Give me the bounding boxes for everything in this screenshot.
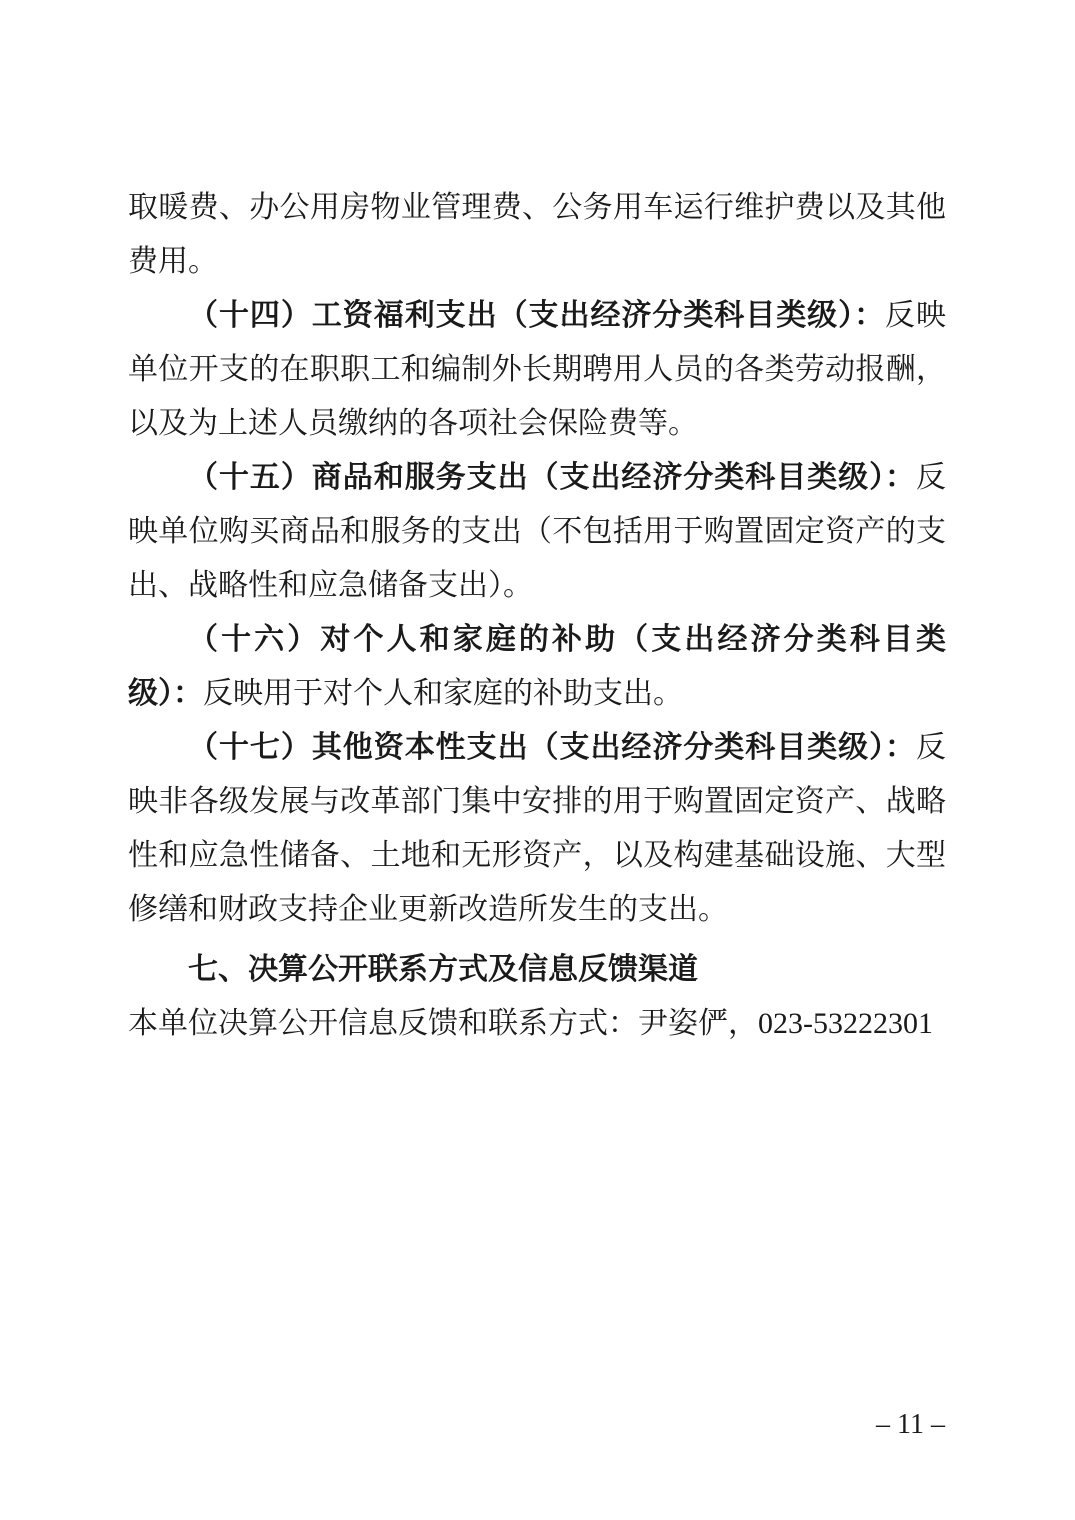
contact-phone: 023-53222301 — [758, 1007, 933, 1040]
text-run: 取暖费、办公用房物业管理费、公务用车运行维护费以及其他费用。 — [128, 191, 946, 278]
contact-separator: ， — [728, 1007, 758, 1040]
bold-text-run: 七、决算公开联系方式及信息反馈渠道 — [188, 953, 698, 986]
document-body: 取暖费、办公用房物业管理费、公务用车运行维护费以及其他费用。（十四）工资福利支出… — [128, 181, 946, 1051]
paragraph: （十六）对个人和家庭的补助（支出经济分类科目类级）：反映用于对个人和家庭的补助支… — [128, 613, 946, 721]
page-number: – 11 – — [876, 1398, 945, 1452]
contact-name: 尹姿俨 — [638, 1007, 728, 1040]
bold-text-run: （十七）其他资本性支出（支出经济分类科目类级）： — [188, 731, 916, 764]
paragraph: 取暖费、办公用房物业管理费、公务用车运行维护费以及其他费用。 — [128, 181, 946, 289]
contact-label: 本单位决算公开信息反馈和联系方式： — [128, 1007, 638, 1040]
paragraph: （十七）其他资本性支出（支出经济分类科目类级）：反映非各级发展与改革部门集中安排… — [128, 721, 946, 937]
text-run: 反映用于对个人和家庭的补助支出。 — [203, 677, 683, 710]
paragraph: （十五）商品和服务支出（支出经济分类科目类级）：反映单位购买商品和服务的支出（不… — [128, 451, 946, 613]
document-page: 取暖费、办公用房物业管理费、公务用车运行维护费以及其他费用。（十四）工资福利支出… — [0, 0, 1075, 1520]
bold-text-run: （十五）商品和服务支出（支出经济分类科目类级）： — [188, 461, 916, 494]
section-heading: 七、决算公开联系方式及信息反馈渠道 — [128, 943, 946, 997]
bold-text-run: （十四）工资福利支出（支出经济分类科目类级）： — [188, 299, 885, 332]
paragraph: 本单位决算公开信息反馈和联系方式：尹姿俨，023-53222301 — [128, 997, 946, 1051]
paragraph: （十四）工资福利支出（支出经济分类科目类级）：反映单位开支的在职职工和编制外长期… — [128, 289, 946, 451]
